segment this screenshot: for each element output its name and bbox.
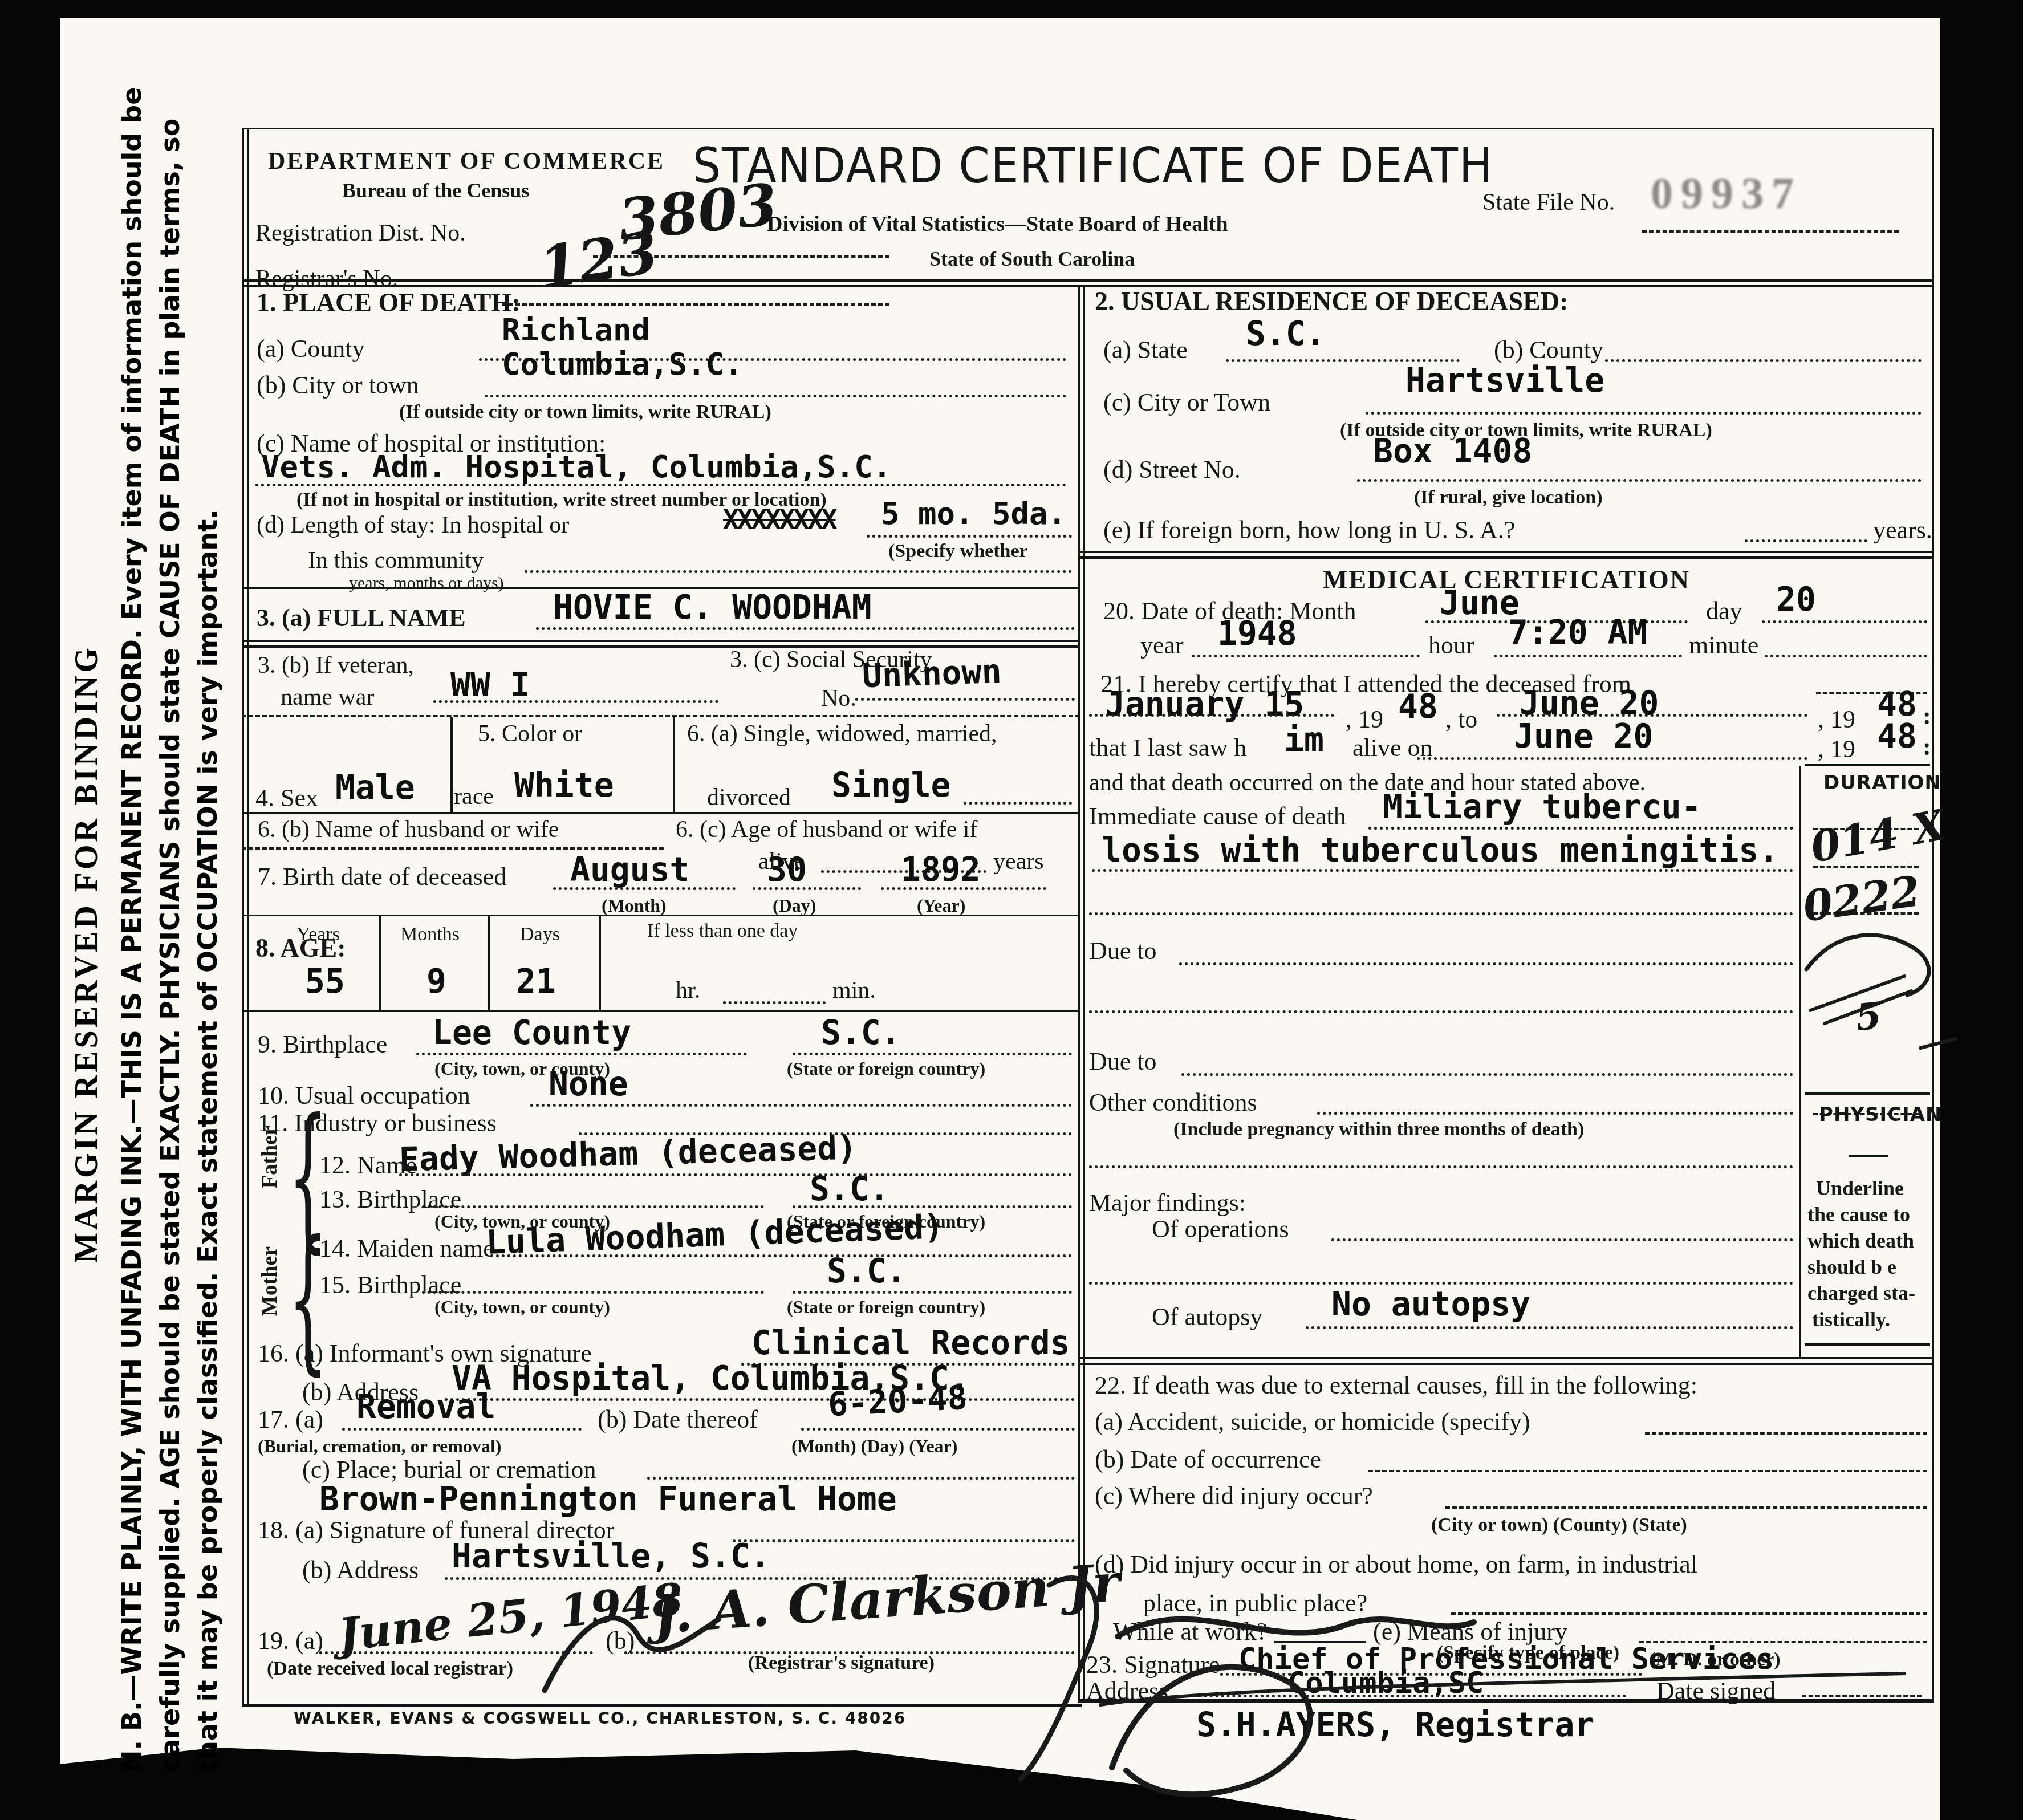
s3c-line (855, 698, 1075, 701)
s23-md-note: (M. D. or other) (1649, 1650, 1781, 1669)
s19a-line (319, 1651, 593, 1654)
s1b-line (485, 395, 1066, 397)
due-to-1: Due to (1089, 939, 1157, 964)
s2-heading: 2. USUAL RESIDENCE OF DECEASED: (1095, 289, 1568, 315)
s1a-value: Richland (502, 315, 650, 346)
s22-work-label: While at work? (1113, 1619, 1268, 1644)
s3c-value: Unknown (862, 655, 1002, 692)
of-operations-label: Of operations (1152, 1217, 1289, 1242)
s7-month: August (570, 853, 690, 886)
s4-label: 4. Sex (255, 786, 318, 811)
s22c-line (1445, 1506, 1927, 1509)
s22a-label: (a) Accident, suicide, or homicide (spec… (1095, 1409, 1530, 1435)
physician-note-2: the cause to (1807, 1204, 1910, 1225)
s22d-line (1451, 1612, 1927, 1615)
s17b-label: (b) Date thereof (598, 1407, 758, 1432)
s8-col-less: If less than one day (647, 921, 798, 941)
other-blank-line (1089, 1165, 1793, 1168)
due-to-2: Due to (1089, 1049, 1157, 1074)
dept-of-commerce: DEPARTMENT OF COMMERCE (268, 149, 665, 173)
s1b-value: Columbia,S.C. (502, 349, 743, 380)
s1d-note2: In this community (308, 549, 484, 572)
s17a-note: (Burial, cremation, or removal) (258, 1437, 501, 1455)
s23-addr-line (1187, 1695, 1626, 1697)
s15-label: 15. Birthplace (319, 1273, 461, 1298)
s9-label: 9. Birthplace (258, 1032, 387, 1057)
of-operations-line (1331, 1238, 1793, 1241)
state-line: State of South Carolina (929, 249, 1135, 269)
s2e-suffix: years. (1873, 518, 1932, 543)
s8-col-years: Years (296, 925, 340, 944)
certificate-title: STANDARD CERTIFICATE OF DEATH (693, 141, 1493, 190)
s22c-note: (City or town) (County) (State) (1431, 1516, 1687, 1535)
s21-lit19c: , 19 (1818, 737, 1855, 762)
s7-note-day: (Day) (773, 896, 816, 915)
s13-label: 13. Birthplace (319, 1187, 461, 1212)
s20-year-line (1192, 655, 1420, 657)
autopsy-value: No autopsy (1331, 1287, 1530, 1321)
age-divider-2 (488, 915, 490, 1010)
s2a-value: S.C. (1246, 317, 1326, 350)
s6c-suffix: years (993, 850, 1044, 874)
s7-day: 30 (767, 853, 807, 886)
s17c-value: Brown-Pennington Funeral Home (319, 1482, 897, 1516)
s17a-line (342, 1428, 582, 1431)
s22-separator (1078, 1357, 1934, 1365)
s1c-value: Vets. Adm. Hospital, Columbia,S.C. (261, 452, 891, 482)
physician-note-1: Underline (1816, 1178, 1904, 1199)
registrar-no-line (502, 303, 889, 306)
s8-col-months: Months (400, 925, 460, 944)
physician-dash (1849, 1155, 1888, 1157)
s15-line2 (793, 1291, 1072, 1294)
s15-line1 (422, 1291, 764, 1294)
s15-note1: (City, town, or county) (434, 1298, 610, 1316)
s8-hr-line (723, 1001, 826, 1004)
s7-year-line (881, 887, 1046, 890)
s7-note-year: (Year) (917, 896, 965, 915)
s22a-line (1645, 1432, 1927, 1435)
s13-line1 (422, 1205, 764, 1208)
s23-addr-value: Columbia,SC (1287, 1668, 1484, 1698)
physician-note-5: charged sta- (1807, 1283, 1915, 1303)
row5-separator (242, 812, 1080, 814)
duration-hand-3: 5 (1854, 998, 1883, 1037)
s20-day-label: day (1706, 599, 1742, 624)
s20-day-line (1762, 620, 1927, 623)
s22b-line (1368, 1470, 1927, 1472)
s21-lit19a: , 19 (1346, 707, 1383, 732)
s8-hr: hr. (676, 978, 700, 1002)
s18a-line (733, 1539, 1075, 1542)
row8-separator (242, 1010, 1080, 1012)
s19b-note: (Registrar's signature) (748, 1654, 935, 1673)
s19-label: 19. (a) (258, 1628, 323, 1654)
s17c-label: (c) Place; burial or cremation (302, 1457, 596, 1482)
s22b-label: (b) Date of occurrence (1095, 1447, 1321, 1472)
s1c-line (255, 484, 1066, 486)
s14-line (490, 1254, 1072, 1257)
duration-label: DURATION (1823, 773, 1941, 793)
s2e-line (1745, 539, 1867, 542)
row5-divider-right (673, 717, 675, 812)
s2-separator (1078, 551, 1934, 559)
s2a-label: (a) State (1103, 338, 1188, 363)
cause-line-2 (1092, 869, 1793, 872)
cause-value-2: losis with tuberculous meningitis. (1102, 834, 1778, 867)
right-col-bottom (1078, 1699, 1934, 1703)
cause-line-3 (1089, 912, 1793, 915)
s2b-label: (b) County (1494, 338, 1603, 363)
registration-dist-label: Registration Dist. No. (255, 221, 466, 245)
s21-saw-typed: im (1284, 723, 1324, 756)
frame-right (1932, 128, 1934, 1701)
margin-nb-line1: N. B.—WRITE PLAINLY, WITH UNFADING INK.—… (113, 136, 151, 1772)
s13-value: S.C. (810, 1172, 889, 1205)
s20-hour-line (1494, 655, 1682, 657)
s1-heading: 1. PLACE OF DEATH: (257, 290, 521, 316)
s6c-label: 6. (c) Age of husband or wife if (676, 818, 978, 842)
s10-value: None (549, 1067, 628, 1100)
physician-bottom-line (1805, 1343, 1930, 1346)
s21-colon2: : (1923, 734, 1931, 759)
s17b-line (801, 1428, 1075, 1431)
s22e-label: (e) Means of injury (1373, 1619, 1567, 1644)
physician-note-6: tistically. (1812, 1309, 1890, 1330)
s19b-label: (b) (606, 1628, 635, 1654)
s23-date-line (1802, 1695, 1922, 1697)
physician-note-4: should b e (1807, 1257, 1896, 1277)
other-conditions-label: Other conditions (1089, 1090, 1257, 1115)
s3a-label: 3. (a) FULL NAME (257, 606, 466, 631)
scan-border-left (0, 0, 60, 1820)
major-findings-label: Major findings: (1089, 1191, 1246, 1216)
s23-date-label: Date signed (1656, 1679, 1776, 1704)
scan-border-right (1940, 0, 2023, 1820)
s22-heading: 22. If death was due to external causes,… (1095, 1373, 1697, 1398)
s12-line (399, 1173, 1072, 1176)
s1a-label: (a) County (257, 336, 364, 361)
s8-days: 21 (516, 965, 556, 998)
s23-label: 23. Signature (1086, 1652, 1220, 1677)
s7-label: 7. Birth date of deceased (258, 864, 506, 889)
s2b-line (1605, 359, 1922, 362)
of-autopsy-line (1306, 1326, 1793, 1329)
s3b-separator (242, 715, 1080, 717)
s7-day-line (753, 887, 861, 890)
certificate-subtitle: Division of Vital Statistics—State Board… (767, 213, 1228, 235)
state-file-no-label: State File No. (1482, 190, 1615, 214)
s21-saw-line (1417, 757, 1807, 760)
due-blank-line (1089, 1010, 1793, 1013)
s8-years: 55 (305, 965, 345, 998)
cause-value-1: Miliary tubercu- (1383, 790, 1701, 823)
frame-left (242, 128, 249, 1706)
s18b-label: (b) Address (302, 1558, 419, 1583)
s21-from-year: 48 (1398, 690, 1438, 723)
s15-note2: (State or foreign country) (787, 1298, 985, 1316)
due-to-1-line (1179, 962, 1793, 965)
s6b-line (242, 847, 664, 850)
s6a-line (964, 802, 1072, 805)
s1d-value: 5 mo. 5da. (881, 498, 1066, 529)
s21-colon1: : (1923, 704, 1931, 729)
cause-label: Immediate cause of death (1089, 804, 1346, 829)
s16a-value: Clinical Records (751, 1326, 1070, 1359)
s9-value: Lee County (432, 1016, 631, 1049)
s2c-value: Hartsville (1405, 364, 1604, 397)
s20-month: June (1440, 586, 1520, 619)
s20-hour-label: hour (1428, 633, 1474, 658)
s1b-label: (b) City or town (257, 373, 419, 398)
s9-note2: (State or foreign country) (787, 1059, 985, 1078)
center-divider (1078, 285, 1085, 1701)
due-to-2-line (1181, 1073, 1793, 1076)
scan-border-top (0, 0, 2023, 18)
s2e-label: (e) If foreign born, how long in U. S. A… (1103, 518, 1515, 543)
s22c-label: (c) Where did injury occur? (1095, 1484, 1373, 1509)
s21-from-line (1089, 714, 1334, 717)
s21-to-label: , to (1445, 707, 1477, 732)
row5-divider-left (450, 717, 453, 812)
s1d-line (867, 535, 1072, 538)
father-side-label: Father (259, 1108, 281, 1205)
physician-top-line (1805, 1092, 1930, 1095)
s7-year: 1892 (901, 853, 981, 886)
s17a-value: Removal (356, 1390, 495, 1423)
s17b-note: (Month) (Day) (Year) (791, 1437, 957, 1455)
s20-minute-line (1765, 655, 1927, 657)
row7-separator (242, 915, 1080, 916)
s9-line1 (416, 1053, 747, 1055)
duration-divider (1799, 766, 1801, 1359)
s1d-note1: (Specify whether (888, 542, 1028, 561)
s2c-line (1366, 412, 1922, 415)
s3a-value: HOVIE C. WOODHAM (553, 591, 872, 624)
s18b-value: Hartsville, S.C. (452, 1539, 770, 1573)
s20-minute-label: minute (1689, 633, 1758, 658)
s7-month-line (553, 887, 736, 890)
s17b-value: 6-20-48 (827, 1381, 968, 1421)
bureau-of-census: Bureau of the Census (342, 180, 529, 201)
s9-state: S.C. (821, 1016, 901, 1049)
s21-saw-value: June 20 (1514, 720, 1653, 753)
s8-months: 9 (426, 965, 446, 998)
s9-line2 (793, 1053, 1072, 1055)
s2d-note: (If rural, give location) (1414, 488, 1603, 507)
s21-saw-year: 48 (1877, 720, 1917, 753)
s17a-label: 17. (a) (258, 1407, 323, 1432)
other-conditions-line (1317, 1112, 1793, 1115)
s21-saw-label: that I last saw h (1089, 736, 1246, 761)
s1d-note3: years, months or days) (349, 575, 504, 592)
physician-label: PHYSICIAN (1819, 1105, 1943, 1124)
s22d-label1: (d) Did injury occur in or about home, o… (1095, 1552, 1697, 1577)
s7-note-month: (Month) (602, 896, 667, 915)
header-divider (242, 279, 1934, 287)
s3c-label2: No. (821, 686, 856, 710)
s3b-label2: name war (281, 685, 374, 709)
s6a-value: Single (831, 769, 951, 802)
s2d-label: (d) Street No. (1103, 457, 1241, 482)
margin-binding-text: MARGIN RESERVED FOR BINDING (68, 136, 105, 1772)
s5-label1: 5. Color or (478, 722, 582, 746)
s6a-label: 6. (a) Single, widowed, married, (687, 722, 997, 746)
s3-separator (242, 640, 1080, 648)
s2c-label: (c) City or Town (1103, 390, 1270, 415)
s2d-line (1357, 479, 1922, 482)
s3b-value: WW I (450, 668, 530, 701)
s10-line (530, 1104, 1072, 1107)
s21-to-year: 48 (1877, 688, 1917, 721)
s16b-line (445, 1398, 1075, 1401)
binding-margin: MARGIN RESERVED FOR BINDING N. B.—WRITE … (68, 136, 227, 1772)
physician-note-3: which death (1807, 1230, 1914, 1251)
of-autopsy-label: Of autopsy (1152, 1305, 1262, 1330)
s1d-community-line (525, 570, 1072, 573)
s14-label: 14. Maiden name (319, 1236, 494, 1261)
s19a-note: (Date received local registrar) (267, 1659, 513, 1679)
other-conditions-note: (Include pregnancy within three months o… (1173, 1120, 1584, 1139)
s3b-line (433, 700, 718, 703)
s1b-note: (If outside city or town limits, write R… (399, 403, 771, 422)
margin-nb-line3: that it may be properly classified. Exac… (189, 136, 227, 1772)
state-file-no-stamp: 09937 (1651, 171, 1802, 216)
s8-col-days: Days (520, 925, 560, 944)
s8-min: min. (832, 978, 876, 1002)
age-divider-3 (599, 915, 601, 1010)
s6a-label2: divorced (707, 786, 791, 810)
state-file-no-line (1642, 230, 1899, 233)
s20-hour: 7:20 AM (1508, 616, 1647, 649)
s5-value: White (514, 769, 614, 802)
s21-lit19b: , 19 (1818, 707, 1855, 732)
s3b-label1: 3. (b) If veteran, (258, 653, 414, 677)
s4-value: Male (335, 771, 415, 804)
s5-label2: race (454, 785, 494, 809)
s1d-struck: XXXXXXXX (723, 506, 836, 533)
s2d-value: Box 1408 (1373, 434, 1532, 468)
s20-day: 20 (1776, 583, 1816, 616)
left-col-bottom (242, 1704, 1082, 1707)
duration-top-line (1805, 764, 1930, 766)
s15-value: S.C. (827, 1254, 907, 1287)
ayers-registrar-typed: S.H.AYERS, Registrar (1196, 1708, 1594, 1741)
s22d-label2: place, in public place? (1143, 1591, 1367, 1616)
age-divider-1 (379, 915, 381, 1010)
s6b-label: 6. (b) Name of husband or wife (258, 818, 559, 842)
frame-top (242, 128, 1934, 129)
s3a-line (536, 627, 1075, 630)
mother-side-label: Mother (259, 1233, 281, 1330)
printer-imprint: WALKER, EVANS & COGSWELL CO., CHARLESTON… (294, 1711, 906, 1726)
cause-line-1 (1368, 827, 1793, 830)
s20-year: 1948 (1217, 617, 1297, 650)
margin-nb-line2: carefully supplied. AGE should be stated… (151, 136, 189, 1772)
s20-year-label: year (1140, 633, 1184, 658)
s23-addr-label: Address (1086, 1679, 1168, 1704)
s1d-label: (d) Length of stay: In hospital or (257, 513, 569, 537)
